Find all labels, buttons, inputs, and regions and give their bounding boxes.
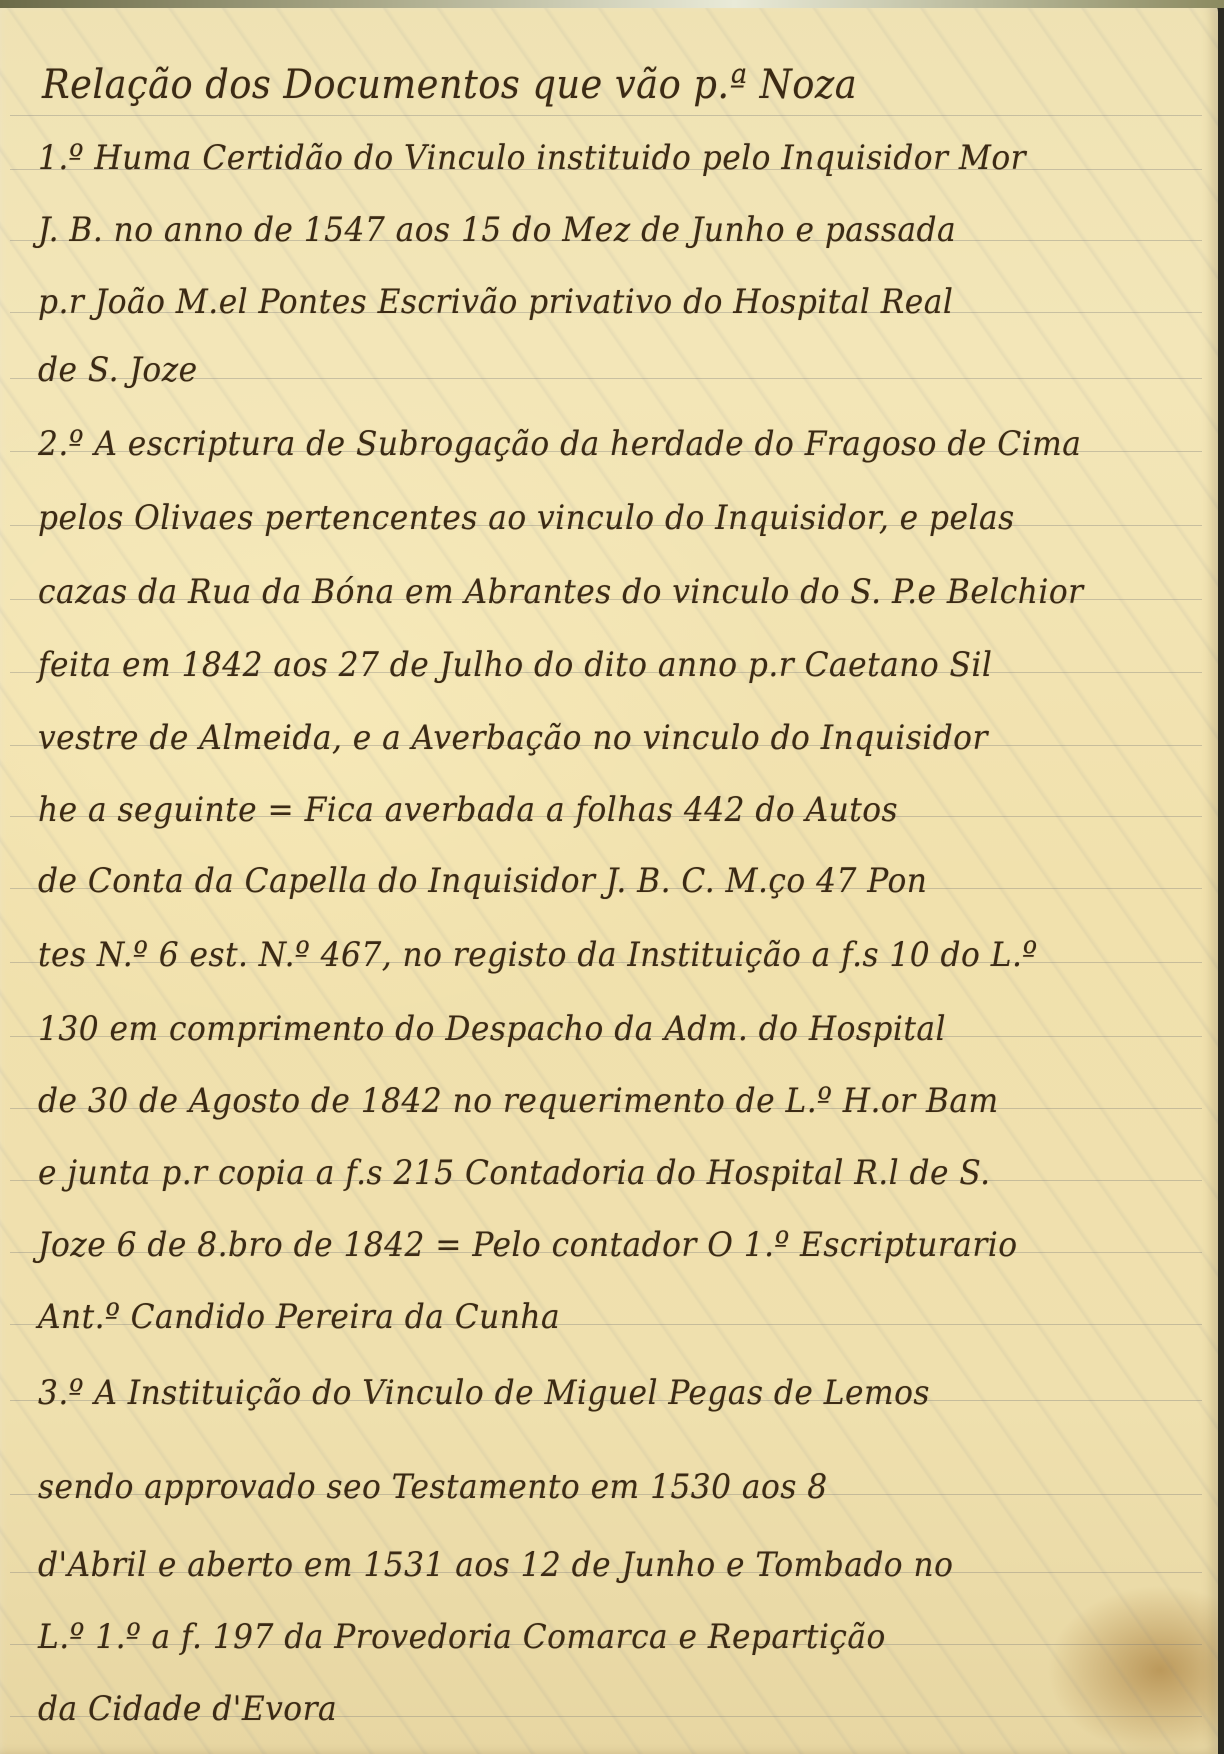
manuscript-line: feita em 1842 aos 27 de Julho do dito an… [38, 645, 1096, 685]
manuscript-line: sendo approvado seo Testamento em 1530 a… [38, 1467, 1096, 1507]
manuscript-line: L.º 1.º a f. 197 da Provedoria Comarca e… [38, 1617, 1096, 1657]
manuscript-line: cazas da Rua da Bóna em Abrantes do vinc… [38, 572, 1096, 612]
manuscript-line: vestre de Almeida, e a Averbação no vinc… [38, 718, 1096, 758]
manuscript-line: da Cidade d'Evora [38, 1689, 1096, 1729]
ruled-line [10, 115, 1202, 116]
manuscript-line: 3.º A Instituição do Vinculo de Miguel P… [38, 1373, 1096, 1413]
scan-edge [0, 0, 1224, 8]
manuscript-line: 1.º Huma Certidão do Vinculo instituido … [38, 138, 1096, 178]
manuscript-line: de 30 de Agosto de 1842 no requerimento … [38, 1081, 1096, 1121]
manuscript-line: 2.º A escriptura de Subrogação da herdad… [38, 424, 1096, 464]
manuscript-line: 130 em comprimento do Despacho da Adm. d… [38, 1009, 1096, 1049]
manuscript-line: de S. Joze [38, 350, 1096, 390]
manuscript-line: de Conta da Capella do Inquisidor J. B. … [38, 861, 1096, 901]
manuscript-line: J. B. no anno de 1547 aos 15 do Mez de J… [38, 210, 1096, 250]
manuscript-line: p.r João M.el Pontes Escrivão privativo … [38, 282, 1096, 322]
manuscript-line: he a seguinte = Fica averbada a folhas 4… [38, 790, 1096, 830]
manuscript-line: Joze 6 de 8.bro de 1842 = Pelo contador … [38, 1225, 1096, 1265]
manuscript-page: Relação dos Documentos que vão p.ª Noza … [0, 0, 1218, 1754]
manuscript-line: tes N.º 6 est. N.º 467, no registo da In… [38, 935, 1096, 975]
manuscript-line: d'Abril e aberto em 1531 aos 12 de Junho… [38, 1545, 1096, 1585]
document-title: Relação dos Documentos que vão p.ª Noza [42, 62, 1096, 108]
manuscript-line: pelos Olivaes pertencentes ao vinculo do… [38, 498, 1096, 538]
manuscript-line: Ant.º Candido Pereira da Cunha [38, 1297, 1096, 1337]
manuscript-line: e junta p.r copia a f.s 215 Contadoria d… [38, 1153, 1096, 1193]
